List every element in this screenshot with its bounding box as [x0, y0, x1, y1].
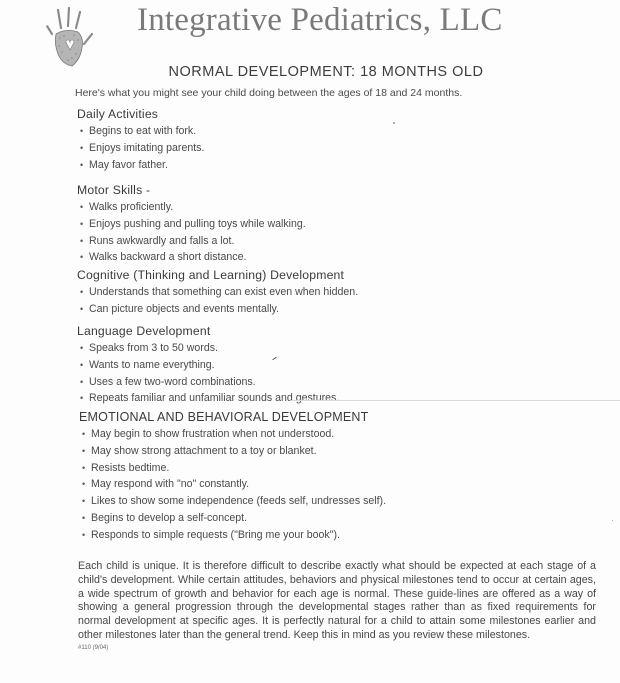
- scan-speck: [393, 122, 395, 124]
- list-item: Responds to simple requests ("Bring me y…: [79, 527, 386, 544]
- list-item: May begin to show frustration when not u…: [79, 426, 386, 443]
- list-item: Likes to show some independence (feeds s…: [79, 493, 386, 510]
- list-item: Walks proficiently.: [77, 199, 306, 216]
- section-heading: Motor Skills -: [77, 182, 306, 198]
- list-item: Begins to eat with fork.: [77, 123, 204, 140]
- closing-paragraph: Each child is unique. It is therefore di…: [78, 560, 596, 643]
- section-emotional-behavioral-development: EMOTIONAL AND BEHAVIORAL DEVELOPMENT May…: [79, 409, 386, 544]
- list-item: Repeats familiar and unfamiliar sounds a…: [77, 390, 339, 407]
- scan-artifact-line: [290, 400, 620, 401]
- list-item: Understands that something can exist eve…: [77, 284, 358, 301]
- section-heading: Daily Activities: [77, 106, 204, 122]
- section-language-development: Language Development Speaks from 3 to 50…: [77, 323, 339, 407]
- section-heading: EMOTIONAL AND BEHAVIORAL DEVELOPMENT: [79, 409, 386, 425]
- milestone-list: Walks proficiently. Enjoys pushing and p…: [77, 199, 306, 266]
- section-cognitive-development: Cognitive (Thinking and Learning) Develo…: [77, 267, 358, 318]
- list-item: May show strong attachment to a toy or b…: [79, 443, 386, 460]
- list-item: Walks backward a short distance.: [77, 249, 306, 266]
- milestone-list: May begin to show frustration when not u…: [79, 426, 386, 544]
- list-item: Can picture objects and events mentally.: [77, 301, 358, 318]
- handprint-heart-icon: [44, 4, 98, 68]
- list-item: May respond with "no" constantly.: [79, 476, 386, 493]
- section-heading: Cognitive (Thinking and Learning) Develo…: [77, 267, 358, 283]
- intro-text: Here's what you might see your child doi…: [75, 87, 462, 99]
- list-item: May favor father.: [77, 157, 204, 174]
- page-title: NORMAL DEVELOPMENT: 18 MONTHS OLD: [0, 64, 620, 80]
- list-item: Speaks from 3 to 50 words.: [77, 340, 339, 357]
- section-daily-activities: Daily Activities Begins to eat with fork…: [77, 106, 204, 173]
- list-item: Enjoys pushing and pulling toys while wa…: [77, 216, 306, 233]
- document-page: Integrative Pediatrics, LLC NORMAL DEVEL…: [0, 0, 620, 683]
- section-motor-skills: Motor Skills - Walks proficiently. Enjoy…: [77, 182, 306, 266]
- milestone-list: Speaks from 3 to 50 words. Wants to name…: [77, 340, 339, 407]
- practice-name: Integrative Pediatrics, LLC: [137, 2, 503, 39]
- list-item: Wants to name everything.: [77, 357, 339, 374]
- list-item: Begins to develop a self-concept.: [79, 510, 386, 527]
- milestone-list: Understands that something can exist eve…: [77, 284, 358, 318]
- list-item: Uses a few two-word combinations.: [77, 374, 339, 391]
- list-item: Runs awkwardly and falls a lot.: [77, 233, 306, 250]
- scan-speck: [612, 520, 613, 521]
- milestone-list: Begins to eat with fork. Enjoys imitatin…: [77, 123, 204, 173]
- list-item: Resists bedtime.: [79, 460, 386, 477]
- section-heading: Language Development: [77, 323, 339, 339]
- list-item: Enjoys imitating parents.: [77, 140, 204, 157]
- form-code: #110 (9/04): [78, 645, 108, 651]
